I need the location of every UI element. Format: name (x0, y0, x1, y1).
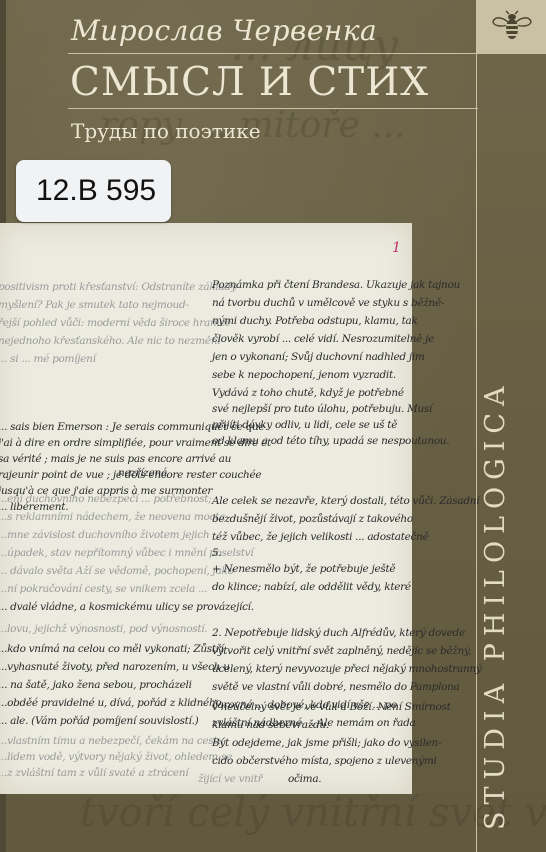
manuscript-line: od klamu a od této tíhy, upadá se nespou… (212, 435, 449, 447)
manuscript-line: své nejlepší pro tuto úlohu, potřebuju. … (212, 403, 432, 415)
manuscript-line: očima. (288, 773, 321, 785)
manuscript-line: ... si ... mé pomíjení (0, 353, 96, 365)
manuscript-line: ...mne závislost duchovního životem jeji… (0, 529, 209, 541)
library-call-number-label: 12.B 595 (16, 160, 171, 222)
series-title: STUDIA PHILOLOGICA (480, 379, 511, 830)
manuscript-line: přijíti dávky odliv, u lidi, cele se uš … (212, 419, 397, 431)
book-subtitle: Труды по поэтике (71, 119, 261, 143)
manuscript-line: ...ení duchovního nebezpečí ... potřebno… (0, 493, 211, 505)
manuscript-line: sebe k nepochopení, jenom vyzradit. (212, 369, 396, 381)
manuscript-line: 2. Nepotřebuje lidský duch Alfrédův, kte… (212, 627, 465, 639)
book-title: СМЫСЛ И СТИХ (70, 60, 429, 105)
manuscript-line: 5. (212, 547, 221, 559)
manuscript-line: ...lovu, jejichž výnosnosti, pod výnosno… (0, 623, 207, 635)
manuscript-line: ...vlastním tímu a nebezpečí, čekám na c… (0, 735, 224, 747)
manuscript-line: cido občerstvého místa, spojeno z uleven… (212, 755, 437, 767)
manuscript-line: sa vérité ; mais je ne suis pas encore a… (0, 453, 231, 465)
manuscript-line: positivism proti křesťanství: Odstraníte… (0, 281, 236, 293)
manuscript-line: ...lidem vodě, výtvory nějaký život, ohl… (0, 751, 232, 763)
manuscript-line: ... dvalé vládne, a kosmickému ulicy se … (0, 601, 254, 613)
manuscript-line: do klince; nabízí, ale oddělit vědy, kte… (212, 581, 411, 593)
publisher-logo (477, 0, 546, 53)
manuscript-line: bezdušnějí život, pozůstávají z takového (212, 513, 413, 525)
manuscript-line: myšlení? Pak je smutek tato nejmoud- (0, 299, 189, 311)
manuscript-line: ...obděé pravidelné u, dívá, pořád z kli… (0, 697, 221, 709)
manuscript-line: žijící ve vnitř (198, 773, 262, 785)
manuscript-line: vytvořit celý vnitřní svět zaplněný, ned… (212, 645, 471, 657)
divider (476, 0, 477, 852)
book-cover: ... лицу ropy ... mitoře ... tvoří celý … (0, 0, 546, 852)
manuscript-line: ...s reklamními nádechem, že neovena moc… (0, 511, 225, 523)
call-number: 12.B 595 (36, 174, 156, 208)
manuscript-line: nými duchy. Potřeba odstupu, klamu, tak (212, 315, 418, 327)
manuscript-line: ... ale. (Vám pořád pomíjení souvislostí… (0, 715, 198, 727)
divider (68, 108, 478, 109)
manuscript-page-number: 1 (392, 240, 401, 256)
manuscript-line: Ale celek se nezavře, který dostali, tét… (212, 495, 479, 507)
manuscript-line: jen o vykonaní; Svůj duchovní nadhled ji… (212, 351, 425, 363)
bee-icon (491, 10, 533, 44)
manuscript-line: ... na šatě, jako žena sebou, procházeli (0, 679, 192, 691)
manuscript-line: řejší pohled vůči: moderní věda široce h… (0, 317, 231, 329)
manuscript-line: ná tvorbu duchů v umělcově ve styku s bě… (212, 297, 444, 309)
manuscript-line: Poznámka při čtení Brandesa. Ukazuje jak… (212, 279, 460, 291)
manuscript-line: Vydává z toho chutě, když je potřebné (212, 387, 404, 399)
divider (68, 53, 546, 54)
manuscript-line: ucelený, který nevyvozuje přeci nějaký m… (212, 663, 482, 675)
manuscript-line: ...vyhasnuté životy, před narozením, u v… (0, 661, 230, 673)
manuscript-line: člověk vyrobí ... celé vidí. Nesrozumite… (212, 333, 434, 345)
manuscript-line: klamu nad sebevraždu. (212, 719, 329, 731)
manuscript-line: nejednoho křesťanského. Ale nic to nezmě… (0, 335, 220, 347)
manuscript-line: též vůbec, že jejich velikosti ... adost… (212, 531, 429, 543)
manuscript-line: ...z zvláštní tam z vůlí svaté a ztrácen… (0, 767, 188, 779)
manuscript-line: v neúčelný svět je ve vůli a Boží. Není … (212, 701, 451, 713)
manuscript-line: nezřízená (118, 467, 167, 479)
manuscript-line: ... dávalo světa Aží se vědomě, pochopen… (0, 565, 234, 577)
manuscript-line: světě ve vlastní vůli dobré, nesmělo do … (212, 681, 460, 693)
manuscript-line: ...ní pokračování cesty, se vnikem zcela… (0, 583, 207, 595)
manuscript-line: ...kdo vnímá na celou co měl vykonati; Z… (0, 643, 224, 655)
manuscript-image: 1 positivism proti křesťanství: Odstraní… (0, 223, 412, 794)
author-name: Мирослав Червенка (71, 14, 377, 47)
manuscript-line: + Nenesmělo být, že potřebuje ještě (212, 563, 395, 575)
manuscript-line: Být odejdeme, jak jsme přišli; jako do v… (212, 737, 441, 749)
